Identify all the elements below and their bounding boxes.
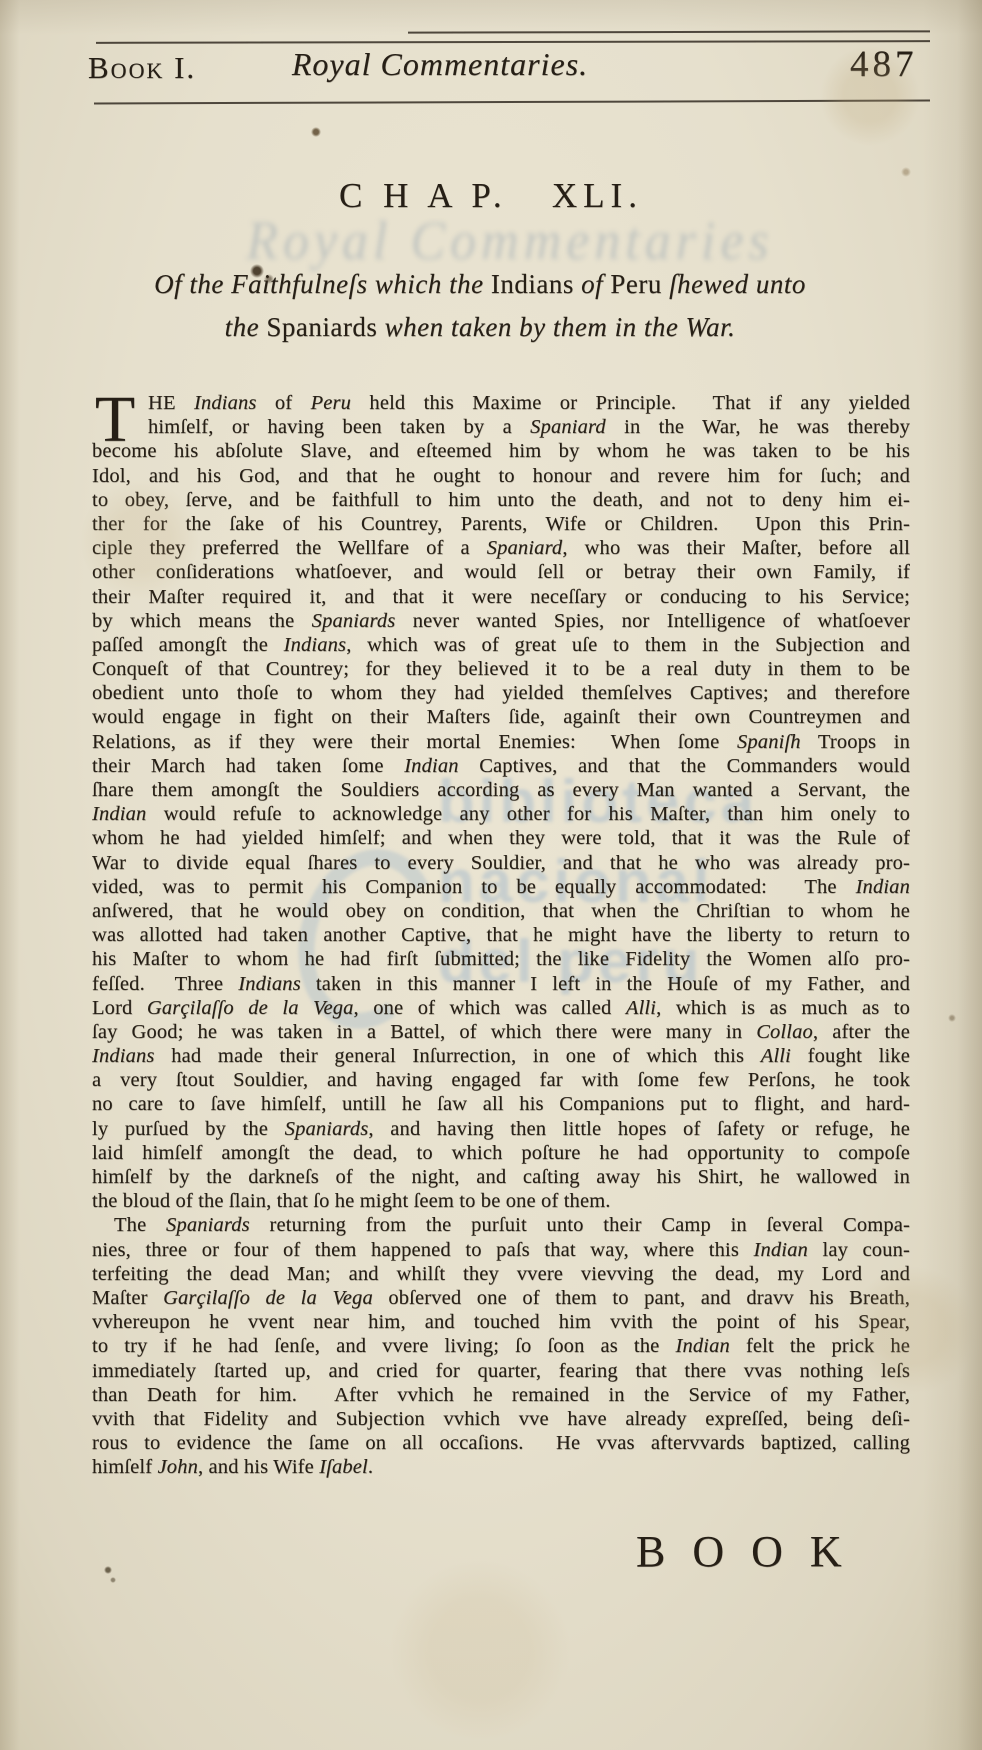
text-line: himſelf John, and his Wife Iſabel. <box>92 1455 910 1479</box>
text-line: himſelf, or having been taken by a Spani… <box>92 415 910 439</box>
text-line: ſhare them amongſt the Souldiers accordi… <box>92 778 910 802</box>
text-line: paſſed amongſt the Indians, which was of… <box>92 633 910 657</box>
text-line: the Spaniards when taken by them in the … <box>60 306 900 349</box>
text-line: Of the Faithfulneſs which the Indians of… <box>60 263 900 306</box>
text-line: a very ſtout Souldier, and having engage… <box>92 1068 910 1092</box>
text-line: Indian would refuſe to acknowledge any o… <box>92 802 910 826</box>
text-line: his Maſter to whom he had firſt ſubmitte… <box>92 947 910 971</box>
text-line: to obey, ſerve, and be faithfull to him … <box>92 488 910 512</box>
text-line: Conqueſt of that Countrey; for they beli… <box>92 657 910 681</box>
paragraph-2: The Spaniards returning from the purſuit… <box>92 1213 910 1479</box>
text-line: Relations, as if they were their mortal … <box>92 730 910 754</box>
running-header-title: Royal Commentaries. <box>292 46 588 83</box>
book-page-scan: Royal Commentaries bibliotecanacionaldel… <box>0 0 982 1750</box>
header-rule-top <box>96 40 930 44</box>
text-line: nies, three or four of them happened to … <box>92 1238 910 1262</box>
paragraph-1: HE Indians of Peru held this Maxime or P… <box>92 391 910 1213</box>
text-line: obedient unto thoſe to whom they had yie… <box>92 681 910 705</box>
text-line: vvhereupon he vvent near him, and touche… <box>92 1310 910 1334</box>
chapter-subtitle: Of the Faithfulneſs which the Indians of… <box>60 263 900 349</box>
header-rule-bottom <box>94 100 930 105</box>
page-number: 487 <box>850 43 918 86</box>
text-line: vided, was to permit his Companion to be… <box>92 875 910 899</box>
text-line: War to divide equal ſhares to every Soul… <box>92 851 910 875</box>
chapter-heading: C H A P. XLI. <box>0 176 982 216</box>
text-line: Maſter Garçilaſſo de la Vega obſerved on… <box>92 1286 910 1310</box>
text-line: was allotted had taken another Captive, … <box>92 923 910 947</box>
text-line: immediately ſtarted up, and cried for qu… <box>92 1359 910 1383</box>
text-line: anſwered, that he would obey on conditio… <box>92 899 910 923</box>
text-line: ly purſued by the Spaniards, and having … <box>92 1117 910 1141</box>
running-header-book-label: Book I. <box>88 50 196 86</box>
body-text: HE Indians of Peru held this Maxime or P… <box>92 391 910 1479</box>
text-line: feſſed. Three Indians taken in this mann… <box>92 972 910 996</box>
text-line: The Spaniards returning from the purſuit… <box>92 1213 910 1237</box>
text-line: laid himſelf amongſt the dead, to which … <box>92 1141 910 1165</box>
text-line: himſelf by the darkneſs of the night, an… <box>92 1165 910 1189</box>
text-line: Idol, and his God, and that he ought to … <box>92 464 910 488</box>
text-line: terfeiting the dead Man; and whilſt they… <box>92 1262 910 1286</box>
text-line: their Maſter required it, and that it we… <box>92 585 910 609</box>
text-line: HE Indians of Peru held this Maxime or P… <box>92 391 910 415</box>
text-line: whom he had yielded himſelf; and when th… <box>92 826 910 850</box>
text-line: the bloud of the ſlain, that ſo he might… <box>92 1189 910 1213</box>
text-line: rous to evidence the ſame on all occaſio… <box>92 1431 910 1455</box>
text-line: Lord Garçilaſſo de la Vega, one of which… <box>92 996 910 1020</box>
catchword: B O O K <box>636 1526 850 1577</box>
text-line: than Death for him. After vvhich he rema… <box>92 1383 910 1407</box>
text-line: would engage in fight on their Maſters ſ… <box>92 705 910 729</box>
text-line: ther for the ſake of his Countrey, Paren… <box>92 512 910 536</box>
text-line: ſay Good; he was taken in a Battel, of w… <box>92 1020 910 1044</box>
text-line: vvith that Fidelity and Subjection vvhic… <box>92 1407 910 1431</box>
text-line: their March had taken ſome Indian Captiv… <box>92 754 910 778</box>
text-line: become his abſolute Slave, and eſteemed … <box>92 439 910 463</box>
text-line: to try if he had ſenſe, and vvere living… <box>92 1334 910 1358</box>
text-line: no care to ſave himſelf, untill he ſaw a… <box>92 1092 910 1116</box>
text-line: Indians had made their general Inſurrect… <box>92 1044 910 1068</box>
text-line: other conſiderations whatſoever, and wou… <box>92 560 910 584</box>
header-rule-top-partial <box>408 30 930 33</box>
text-line: ciple they preferred the Wellfare of a S… <box>92 536 910 560</box>
text-line: by which means the Spaniards never wante… <box>92 609 910 633</box>
